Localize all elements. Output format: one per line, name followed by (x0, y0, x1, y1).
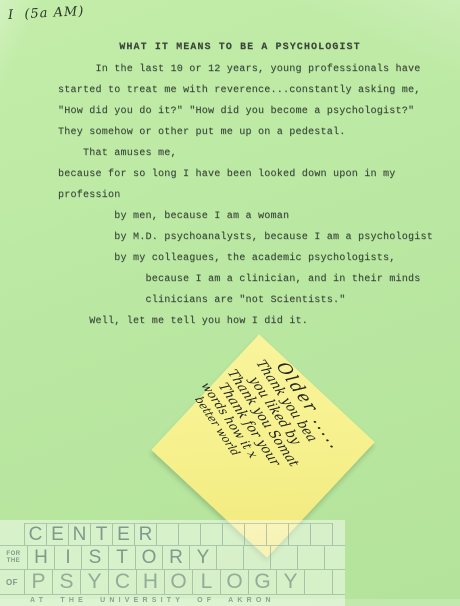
watermark-letter-cell: O (136, 546, 163, 569)
watermark-psychology-letters: PSYCHOLOGY (25, 570, 333, 594)
watermark-empty-cell (0, 523, 25, 545)
watermark-row-psychology: OF PSYCHOLOGY (0, 569, 345, 595)
watermark-letter-cell: E (113, 523, 135, 545)
watermark-empty-cell (157, 523, 179, 545)
text-line: FOR (6, 551, 20, 558)
watermark-letter-cell: Y (277, 570, 305, 594)
watermark-letter-cell: C (25, 523, 47, 545)
watermark-letter-cell: O (221, 570, 249, 594)
watermark-letter-cell: C (109, 570, 137, 594)
watermark-letter-cell: S (53, 570, 81, 594)
archive-watermark: CENTER FORTHE HISTORY OF PSYCHOLOGY AT T… (0, 520, 345, 606)
watermark-letter-cell: E (47, 523, 69, 545)
watermark-university-line: AT THE UNIVERSITY OF AKRON (30, 597, 345, 604)
watermark-letter-cell: O (165, 570, 193, 594)
watermark-row-center: CENTER (0, 523, 345, 545)
sticky-note-handwriting: Older .....Thank you beayou liked byThan… (188, 337, 367, 534)
watermark-empty-cell (298, 546, 325, 569)
watermark-letter-cell: R (135, 523, 157, 545)
watermark-history-letters: HISTORY (28, 546, 325, 569)
watermark-empty-cell (244, 546, 271, 569)
watermark-letter-cell: T (91, 523, 113, 545)
watermark-letter-cell: I (55, 546, 82, 569)
watermark-letter-cell: N (69, 523, 91, 545)
text-line: THE (7, 558, 21, 565)
handwritten-page-annotation: I (5a AM) (8, 4, 85, 23)
watermark-empty-cell (311, 523, 333, 545)
typewritten-body-text: In the last 10 or 12 years, young profes… (58, 59, 433, 332)
watermark-letter-cell: L (193, 570, 221, 594)
watermark-center-letters: CENTER (25, 523, 333, 545)
watermark-empty-cell (223, 523, 245, 545)
watermark-letter-cell: T (109, 546, 136, 569)
watermark-letter-cell: G (249, 570, 277, 594)
watermark-of-label: OF (0, 570, 25, 594)
watermark-for-the-label: FORTHE (0, 546, 28, 569)
watermark-empty-cell (201, 523, 223, 545)
watermark-letter-cell: Y (81, 570, 109, 594)
watermark-letter-cell: H (137, 570, 165, 594)
watermark-letter-cell: H (28, 546, 55, 569)
watermark-empty-cell (217, 546, 244, 569)
watermark-row-history: FORTHE HISTORY (0, 545, 345, 569)
watermark-empty-cell (179, 523, 201, 545)
watermark-empty-cell (305, 570, 333, 594)
watermark-letter-cell: R (163, 546, 190, 569)
watermark-empty-cell (245, 523, 267, 545)
watermark-empty-cell (267, 523, 289, 545)
watermark-empty-cell (289, 523, 311, 545)
watermark-empty-cell (271, 546, 298, 569)
watermark-letter-cell: Y (190, 546, 217, 569)
watermark-letter-cell: P (25, 570, 53, 594)
scanned-document-page: I (5a AM) WHAT IT MEANS TO BE A PSYCHOLO… (0, 0, 460, 606)
document-title: WHAT IT MEANS TO BE A PSYCHOLOGIST (20, 42, 460, 53)
watermark-letter-cell: S (82, 546, 109, 569)
